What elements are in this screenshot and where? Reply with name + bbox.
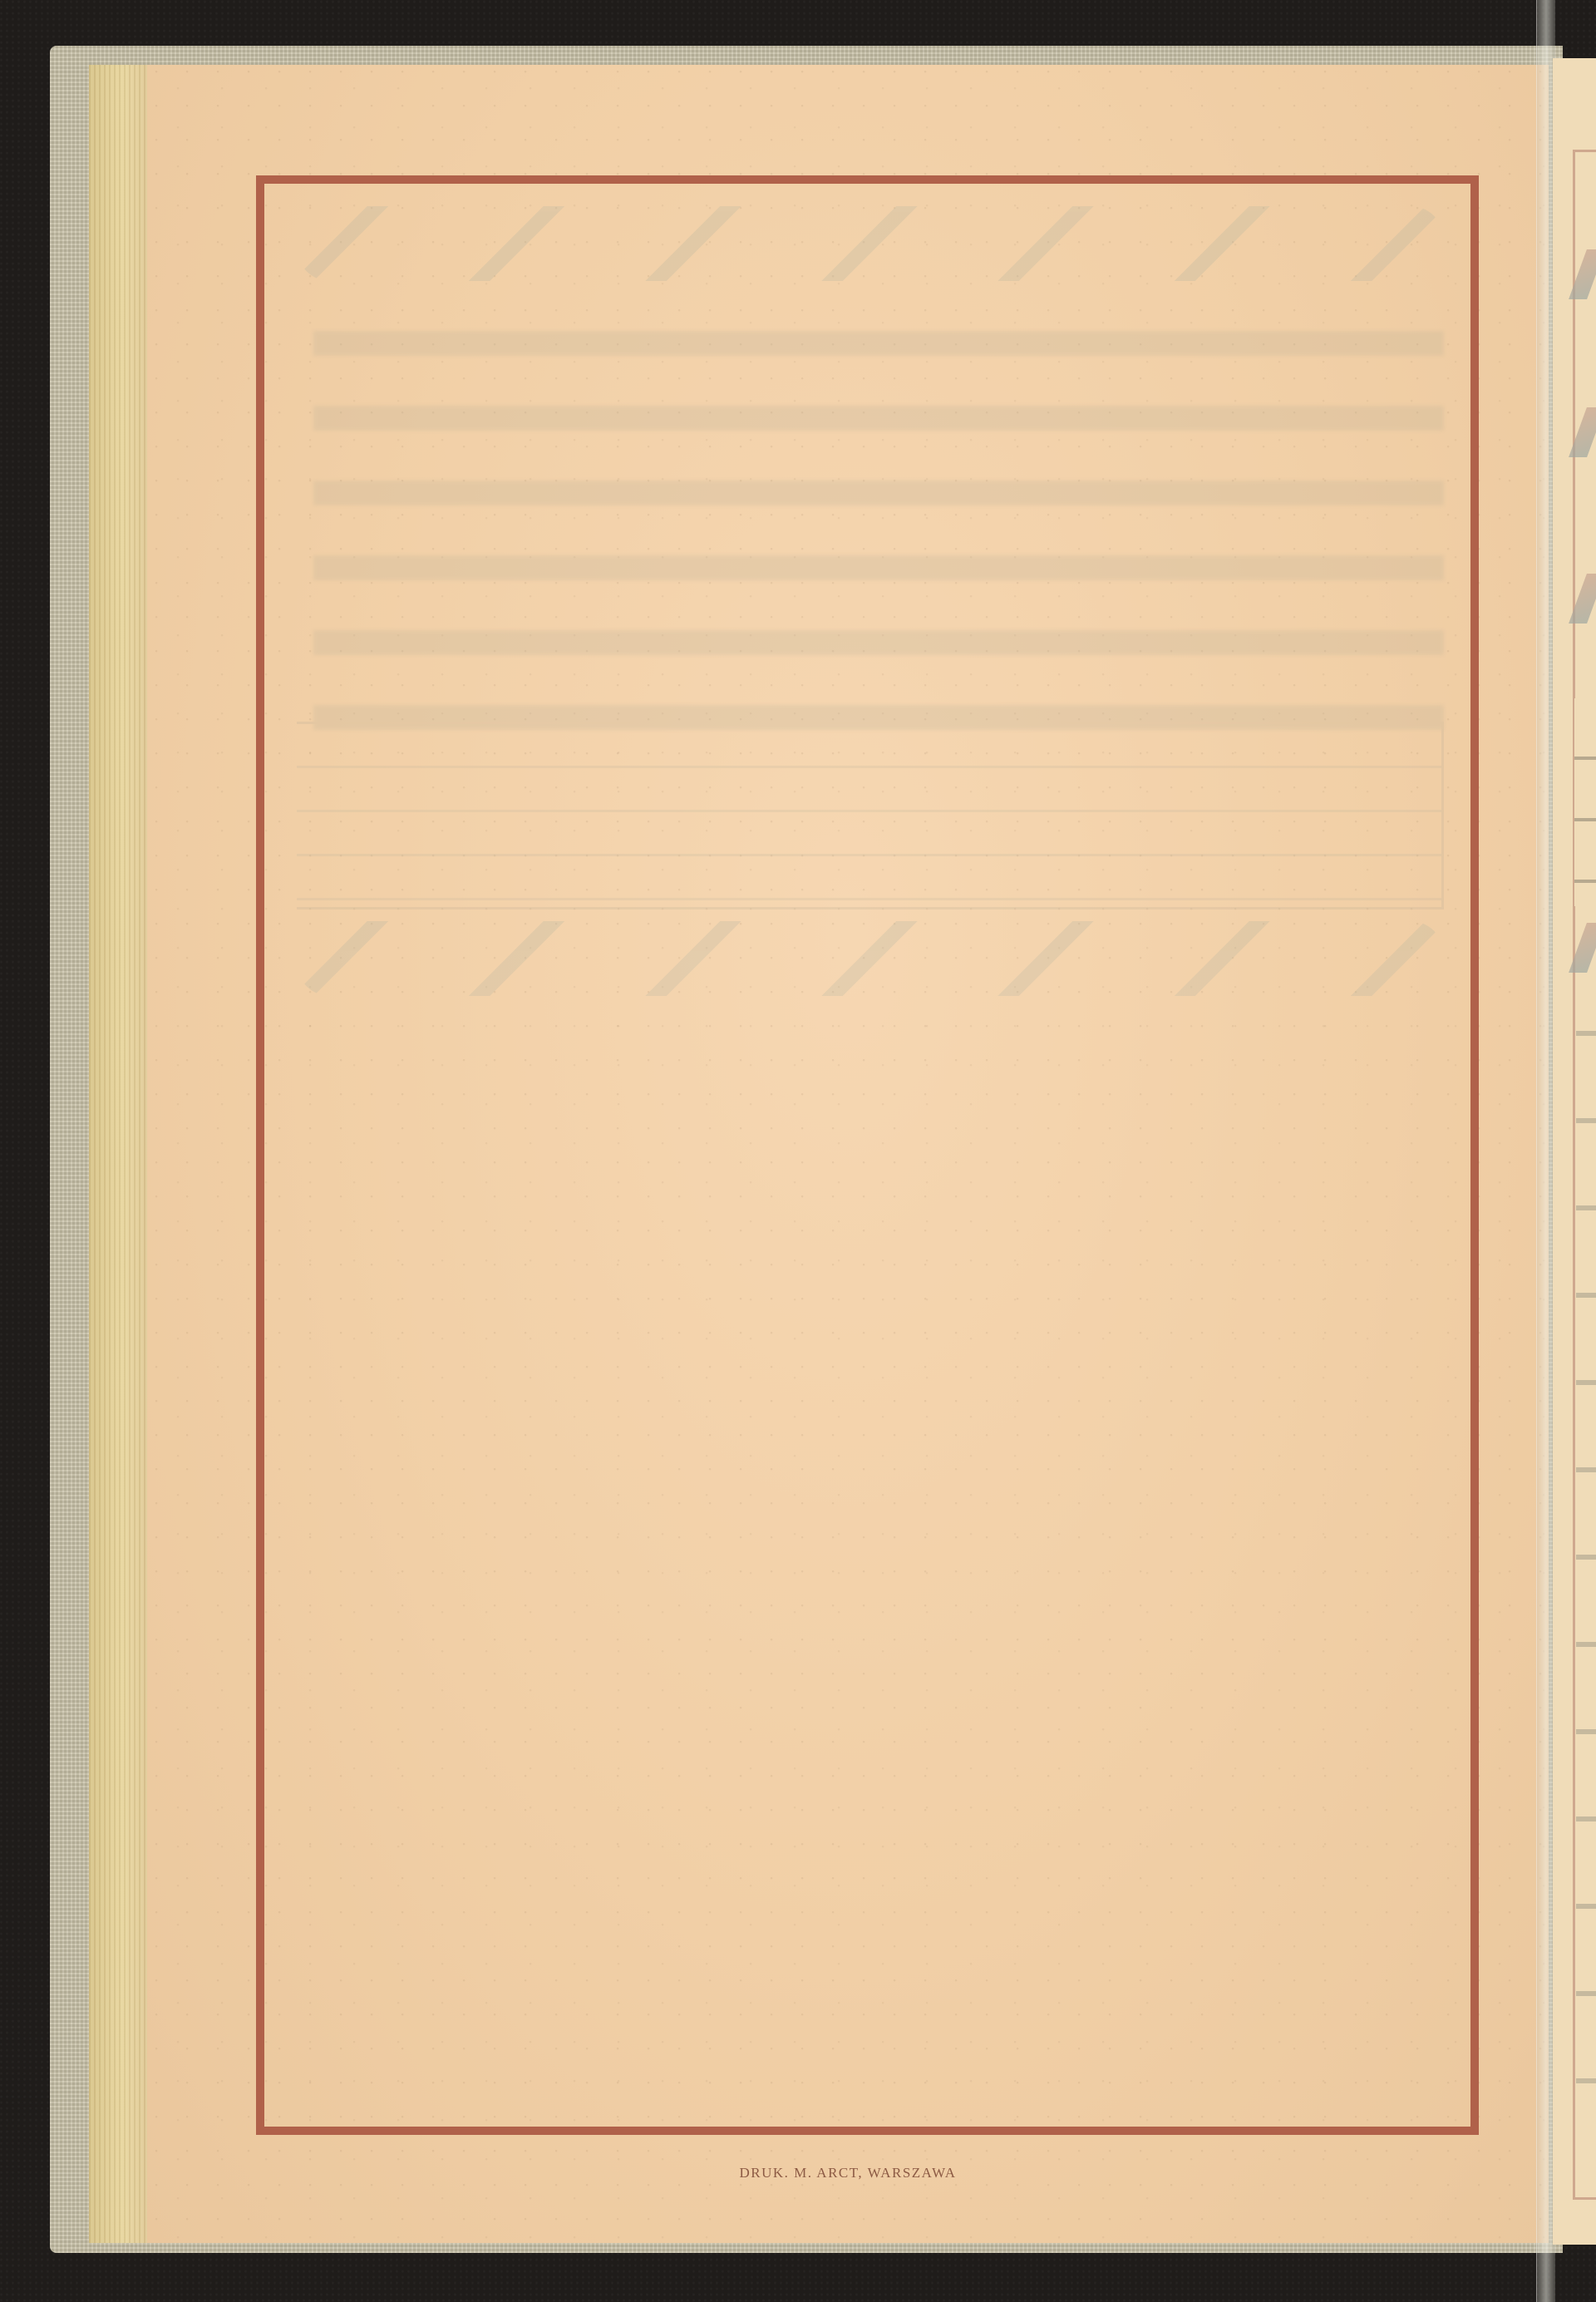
adjacent-page-edge xyxy=(1553,58,1596,2245)
red-rule-frame xyxy=(256,175,1479,2135)
adjacent-label-boxes xyxy=(1574,698,1596,906)
page-block-edges xyxy=(89,65,149,2243)
adjacent-handwritten-signatures xyxy=(1576,989,1596,2137)
printer-imprint: DRUK. M. ARCT, WARSZAWA xyxy=(147,2165,1549,2181)
book-page: DRUK. M. ARCT, WARSZAWA xyxy=(147,65,1549,2243)
